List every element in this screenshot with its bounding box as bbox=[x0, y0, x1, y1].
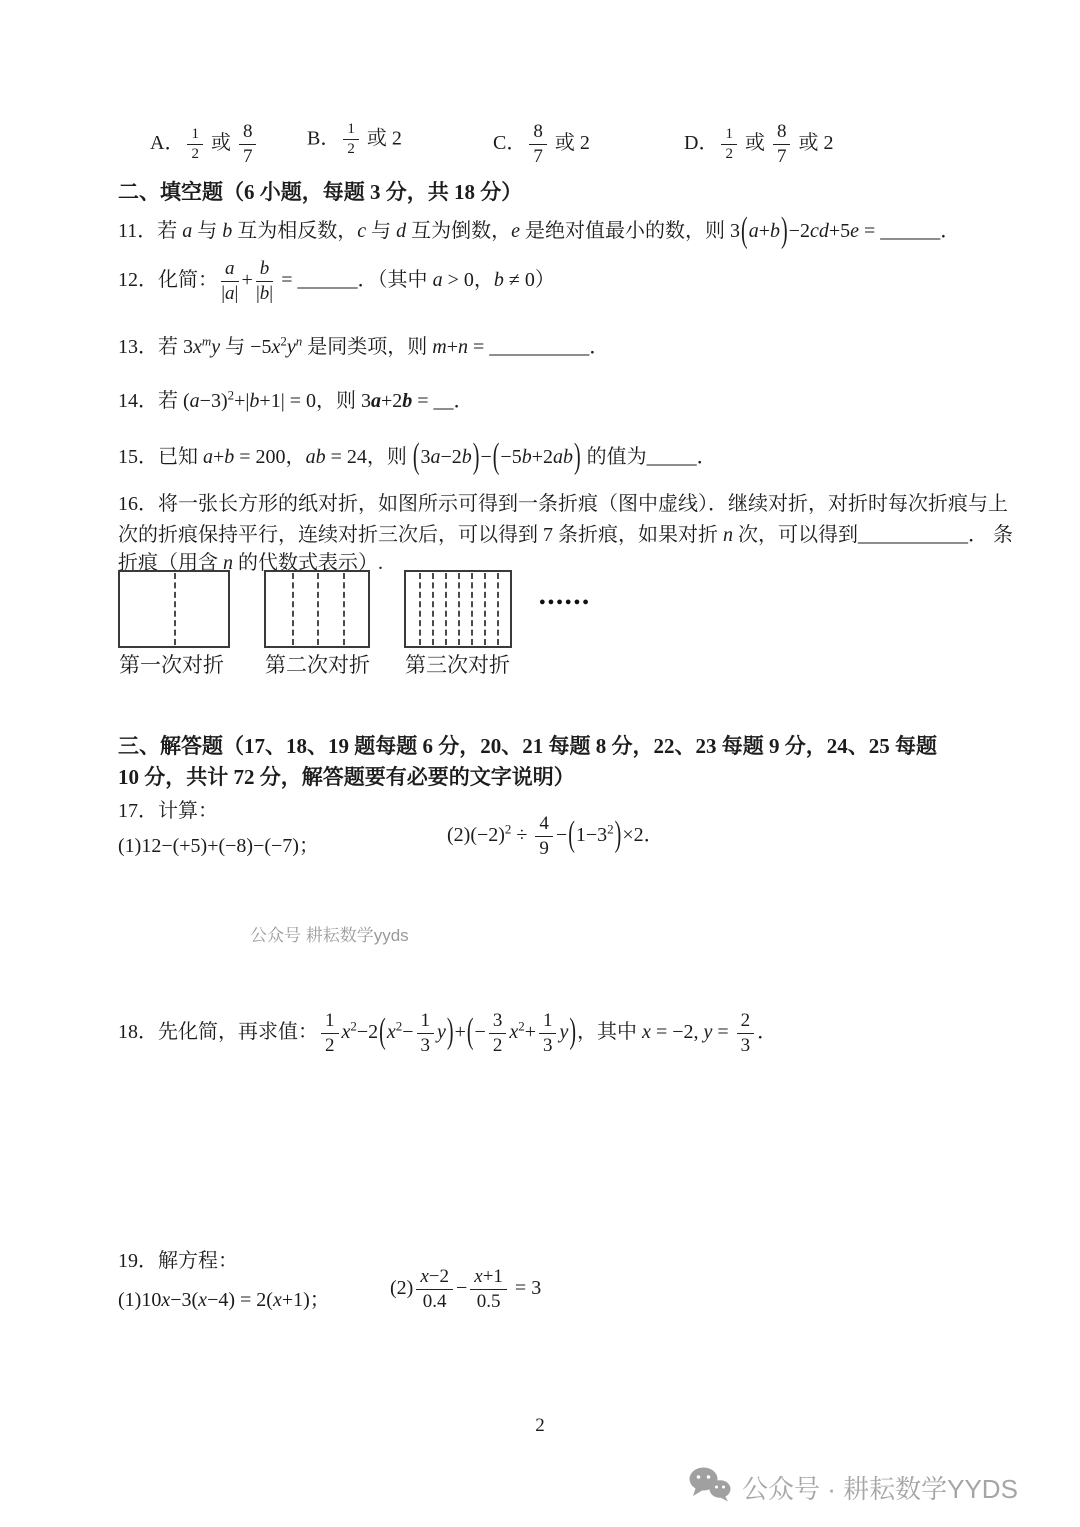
mcq-option-c: C．87 或 2 bbox=[493, 121, 590, 168]
fold-diagram-first bbox=[118, 570, 230, 648]
fold-label-third: 第三次对折 bbox=[405, 649, 510, 679]
mcq-option-b: B．12 或 2 bbox=[307, 121, 402, 159]
wechat-icon bbox=[688, 1466, 732, 1509]
question-17-expr-2: (2)(−2)2 ÷ 49−(1−32)×2． bbox=[447, 813, 664, 860]
section3-heading-line2: 10 分，共计 72 分，解答题要有必要的文字说明） bbox=[118, 761, 575, 791]
question-17-label: 17．计算： bbox=[118, 794, 218, 823]
question-18: 18．先化简，再求值：12x2−2(x2−13y)+(−32x2+13y)，其中… bbox=[118, 1010, 777, 1057]
mcq-option-a: A．12 或 87 bbox=[150, 121, 259, 168]
fold-diagram-third bbox=[404, 570, 512, 648]
question-19-expr-2: (2)x−20.4−x+10.5 = 3 bbox=[390, 1266, 541, 1313]
fold-diagram-second bbox=[264, 570, 370, 648]
question-16-line2: 次的折痕保持平行，连续对折三次后，可以得到 7 条折痕，如果对折 n 次，可以得… bbox=[118, 518, 1013, 547]
section2-heading: 二、填空题（6 小题，每题 3 分，共 18 分） bbox=[118, 176, 522, 206]
page-number: 2 bbox=[0, 1415, 1080, 1437]
question-19-expr-1: (1)10x−3(x−4) = 2(x+1)； bbox=[118, 1283, 330, 1312]
fold-label-second: 第二次对折 bbox=[265, 649, 370, 679]
question-16-line1: 16．将一张长方形的纸对折，如图所示可得到一条折痕（图中虚线）．继续对折，对折时… bbox=[118, 487, 1008, 516]
footer-watermark: 公众号 · 耕耘数学YYDS bbox=[688, 1466, 1018, 1509]
question-12: 12．化简：a|a|+b|b| = ______．（其中 a > 0，b ≠ 0… bbox=[118, 258, 555, 305]
question-17-expr-1: (1)12−(+5)+(−8)−(−7)； bbox=[118, 829, 319, 858]
footer-watermark-text: 公众号 · 耕耘数学YYDS bbox=[742, 1469, 1018, 1506]
fold-label-first: 第一次对折 bbox=[119, 649, 224, 679]
ellipsis-dots: ●●●●●● bbox=[539, 596, 591, 608]
question-19-label: 19．解方程： bbox=[118, 1244, 238, 1273]
watermark-center: 公众号 耕耘数学yyds bbox=[250, 921, 409, 946]
question-11: 11．若 a 与 b 互为相反数，c 与 d 互为倒数，e 是绝对值最小的数，则… bbox=[118, 214, 960, 243]
question-13: 13．若 3xmy 与 −5x2yn 是同类项，则 m+n = ________… bbox=[118, 330, 609, 359]
question-15: 15．已知 a+b = 200，ab = 24，则 (3a−2b)−(−5b+2… bbox=[118, 440, 717, 469]
section3-heading-line1: 三、解答题（17、18、19 题每题 6 分，20、21 每题 8 分，22、2… bbox=[118, 730, 937, 760]
question-14: 14．若 (a−3)2+|b+1| = 0，则 3a+2b = __． bbox=[118, 384, 474, 413]
mcq-option-d: D．12 或 87 或 2 bbox=[684, 121, 833, 168]
